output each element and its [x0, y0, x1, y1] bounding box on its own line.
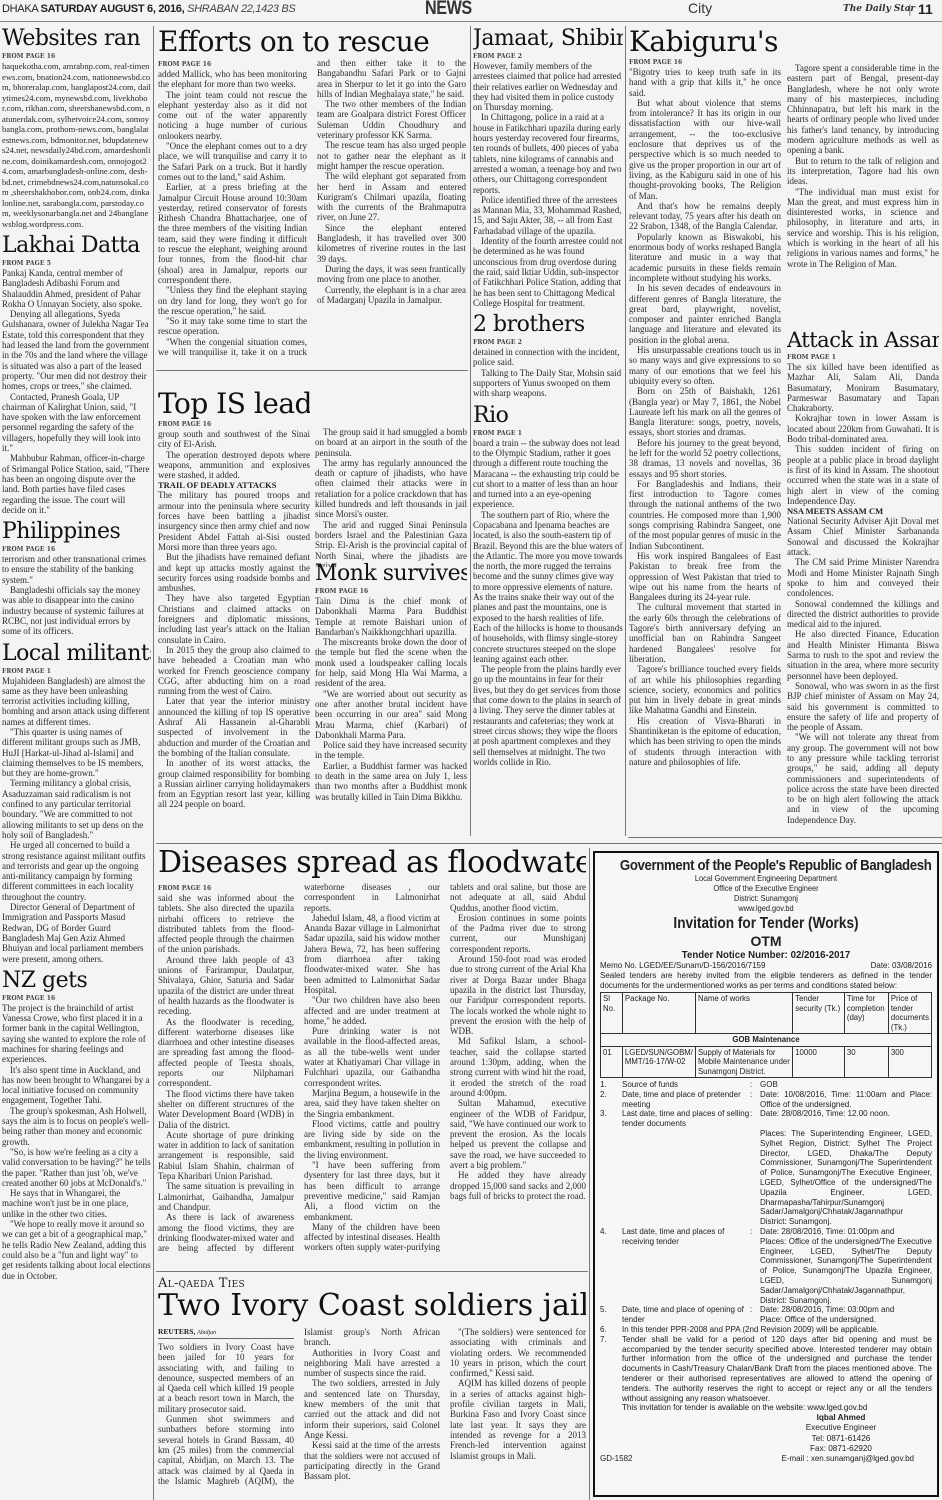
- paragraph: Pure drinking water is not available in …: [304, 1026, 440, 1088]
- item-value-places: Places: The Superintending Engineer, LGE…: [760, 1129, 932, 1226]
- item-number: 6.: [600, 1325, 622, 1335]
- paragraph: In 2015 they the group also claimed to h…: [158, 645, 310, 696]
- signatory-fax: Fax: 0871-62920: [750, 1444, 932, 1454]
- byline-place: Abidjan: [197, 1330, 216, 1336]
- paragraph: "So, is how we're feeling as a city a va…: [2, 1147, 151, 1188]
- jump-line: FROM PAGE 1: [473, 430, 623, 437]
- newspaper-logo: The Daily Star: [843, 4, 915, 14]
- signature-block: Iqbal Ahmed Executive Engineer Tel: 0871…: [750, 1413, 932, 1454]
- article-local-militants: Local militants FROM PAGE 1 Mujahideen B…: [2, 643, 151, 964]
- column-divider: [153, 26, 154, 1500]
- paragraph: Before his journey to the great beyond, …: [629, 438, 781, 479]
- dateline-city: DHAKA: [2, 3, 38, 15]
- ad-date: Date: 03/08/2016: [871, 961, 932, 971]
- jump-line: FROM PAGE 16: [158, 885, 294, 892]
- article-top-is-leader-continued: The group said it had smuggled a bomb on…: [315, 427, 467, 567]
- story-divider: [156, 843, 942, 844]
- ad-code: GD-1582: [600, 1454, 632, 1463]
- dateline-date: SATURDAY AUGUST 6, 2016,: [41, 3, 185, 15]
- paragraph: They have also targeted Egyptian Christi…: [158, 593, 310, 644]
- paragraph: National Security Adviser Ajit Doval met…: [787, 516, 939, 557]
- paragraph: Around three lakh people of 43 unions of…: [158, 955, 294, 1017]
- headline: Two Ivory Coast soldiers jailed: [158, 1291, 586, 1321]
- article-2-brothers: 2 brothers FROM PAGE 2 detained in conne…: [473, 314, 623, 398]
- cell-sl: 01: [601, 1046, 623, 1078]
- paragraph: The project is the brainchild of artist …: [2, 1003, 151, 1065]
- headline: Attack in Assam: [787, 330, 939, 351]
- jump-line: FROM PAGE 16: [158, 421, 310, 428]
- table-row: 01 LGED/SUN/GOBM/ MMT/16-17/W-02 Supply …: [601, 1046, 932, 1078]
- ad-title: Invitation for Tender (Works): [620, 915, 912, 933]
- page-number: 11: [918, 1, 933, 17]
- item-value: Date: 28/08/2016, Time: 01:00pm andPlace…: [760, 1227, 932, 1305]
- group-label: GOB Maintenance: [601, 1034, 932, 1047]
- paragraph: Acute shortage of pure drinking water in…: [158, 1130, 294, 1181]
- item-number: 5.: [600, 1305, 622, 1325]
- condition-item: 2. Date, time and place of pretender mee…: [600, 1090, 932, 1110]
- paragraph: The wild elephant got separated from her…: [317, 171, 466, 222]
- paragraph: However, family members of the arrestees…: [473, 61, 623, 112]
- paragraph: Kokrajhar town in lower Assam is located…: [787, 413, 939, 444]
- paragraph: Popularly known as Biswakobi, his enormo…: [629, 232, 781, 283]
- item-text: In this tender PPR-2008 and PPA (2nd Rev…: [622, 1325, 932, 1335]
- article-body: FROM PAGE 16 added Mallick, who has been…: [158, 58, 466, 363]
- paragraph: "I have been suffering from dysentery fo…: [304, 1160, 440, 1222]
- jump-line: FROM PAGE 16: [315, 588, 467, 595]
- paragraph: Police identified three of the arrestees…: [473, 195, 623, 236]
- paragraph: "Our two children have also been affecte…: [304, 995, 440, 1026]
- paragraph: Director General of Department of Immigr…: [2, 902, 151, 964]
- jump-line: FROM PAGE 16: [2, 995, 151, 1002]
- article-body: FROM PAGE 16 said she was informed about…: [158, 882, 586, 1260]
- jump-line: FROM PAGE 1: [2, 668, 151, 675]
- paragraph: "So it may take some time to start the r…: [158, 316, 307, 337]
- paragraph: Mujahideen Bangladesh) are almost the sa…: [2, 676, 151, 727]
- ad-district: District: Sunamgonj: [617, 894, 916, 904]
- paragraph: The group said it had smuggled a bomb on…: [315, 427, 467, 458]
- paragraph: "Once the elephant comes out to a dry pl…: [158, 141, 307, 182]
- middle-right-column: Jamaat, Shibir FROM PAGE 2 However, fami…: [473, 28, 623, 836]
- paragraph: Tagore spent a considerable time in the …: [787, 63, 939, 156]
- paragraph: The operation destroyed depots where wea…: [158, 450, 310, 481]
- ad-memo: Memo No. LGED/EE/Sunam/D-156/2016/7159: [600, 961, 765, 971]
- paragraph: group south and southwest of the Sinai c…: [158, 429, 310, 450]
- condition-item: 7. Tender shall be valid for a period of…: [600, 1335, 932, 1404]
- column-header: Tender security (Tk.): [793, 993, 845, 1034]
- paragraph: haquekotha.com, amrabnp.com, real-timene…: [2, 61, 151, 229]
- column-header: Time for completion (day): [844, 993, 888, 1034]
- column-divider: [470, 26, 471, 836]
- paragraph: During the days, it was seen frantically…: [317, 264, 466, 285]
- condition-item: 5. Date, time and place of opening of te…: [600, 1305, 932, 1325]
- ad-intro: Sealed tenders are hereby invited from t…: [600, 971, 932, 991]
- condition-item: 3. Last date, time and places of selling…: [600, 1109, 932, 1227]
- article-ivory-coast-soldiers: Al-qaeda Ties Two Ivory Coast soldiers j…: [158, 1276, 586, 1500]
- jump-line: FROM PAGE 16: [2, 546, 151, 553]
- article-lakhai-datta: Lakhai Datta FROM PAGE 5 Pankaj Kanda, c…: [2, 235, 151, 515]
- paragraph: He also directed Finance, Education and …: [787, 629, 939, 680]
- item-label: Last date, time and places of selling te…: [622, 1109, 750, 1227]
- tender-table: Sl No. Package No. Name of works Tender …: [600, 992, 932, 1078]
- cell-package: LGED/SUN/GOBM/ MMT/16-17/W-02: [622, 1046, 695, 1078]
- paragraph: The CM said Prime Minister Narendra Modi…: [787, 557, 939, 598]
- paragraph: The flood victims there have taken shelt…: [158, 1089, 294, 1130]
- paragraph: In his seven decades of endeavours in di…: [629, 283, 781, 345]
- cell-completion: 30: [844, 1046, 888, 1078]
- item-number: 1.: [600, 1080, 622, 1090]
- item-value: Date: 28/08/2016, Time: 03:00pm andPlace…: [760, 1305, 932, 1325]
- headline: Top IS leader: [158, 390, 310, 418]
- headline: Websites ran: [2, 28, 151, 50]
- paragraph: Born on 25th of Baishakh, 1261 (Bangla y…: [629, 386, 781, 437]
- item-value: Date: 28/08/2016, Time: 12.00 noon.Place…: [760, 1109, 932, 1227]
- paragraph: Sonowal, who was sworn in as the first B…: [787, 681, 939, 732]
- paragraph: Md Safikul Islam, a school-teacher, said…: [450, 1036, 586, 1098]
- paragraph: The joint team could not rescue the elep…: [158, 90, 307, 141]
- paragraph: Currently, the elephant is in a char are…: [317, 285, 466, 306]
- paragraph: "This quarter is using names of differen…: [2, 727, 151, 778]
- paragraph: But the jihadists have remained defiant …: [158, 552, 310, 593]
- paragraph: His unsurpassable creations touch us in …: [629, 345, 781, 386]
- item-number: 3.: [600, 1109, 622, 1227]
- separator: |: [908, 3, 912, 16]
- jump-line: FROM PAGE 2: [473, 53, 623, 60]
- paragraph: detained in connection with the incident…: [473, 347, 623, 368]
- ad-government-title: Government of the People's Republic of B…: [620, 857, 912, 874]
- paragraph: Earlier, a Buddhist farmer was hacked to…: [315, 761, 467, 802]
- paragraph: He added they have already dropped 15,00…: [450, 1170, 586, 1201]
- item-label: Source of funds: [622, 1080, 750, 1090]
- paragraph: Earlier, at a press briefing at the Jama…: [158, 182, 307, 285]
- paragraph: The two soldiers, arrested in July and s…: [304, 1378, 440, 1440]
- table-header-row: Sl No. Package No. Name of works Tender …: [601, 993, 932, 1034]
- ad-memo-line: Memo No. LGED/EE/Sunam/D-156/2016/7159 D…: [600, 961, 932, 971]
- paragraph: Bangladeshi officials say the money was …: [2, 585, 151, 636]
- paragraph: It's also spent time in Auckland, and ha…: [2, 1065, 151, 1106]
- paragraph: The people from the plains hardly ever g…: [473, 664, 623, 767]
- ad-office: Office of the Executive Engineer: [617, 884, 916, 894]
- dateline-bangla-date: SHRABAN 22,1423 BS: [187, 3, 295, 15]
- paragraph: His creation of Visva-Bharati in Shantin…: [629, 716, 781, 767]
- article-attack-in-assam: Attack in Assam FROM PAGE 1 The six kill…: [787, 330, 939, 835]
- paragraph: The miscreants broke down the door of th…: [315, 637, 467, 688]
- article-kabiguru: Kabiguru's 75th FROM PAGE 16 "Bigotry tr…: [629, 28, 781, 836]
- article-efforts-to-rescue: Efforts on to rescue FROM PAGE 16 added …: [158, 28, 466, 368]
- paragraph: Around 150-foot road was eroded due to s…: [450, 954, 586, 1036]
- paragraph: "We will not tolerate any threat from an…: [787, 732, 939, 825]
- paragraph: Jahedul Islam, 48, a flood victim at Ana…: [304, 913, 440, 995]
- ad-notice-number: Tender Notice Number: 02/2016-2017: [613, 949, 918, 961]
- column-divider: [625, 26, 626, 836]
- signatory-name: Iqbal Ahmed: [750, 1413, 932, 1423]
- tender-advertisement: Government of the People's Republic of B…: [593, 851, 939, 1497]
- article-body: REUTERS, Abidjan Two soldiers in Ivory C…: [158, 1327, 586, 1497]
- item-value-places: Places: Office of the undersigned/The Ex…: [760, 1237, 932, 1305]
- article-kabiguru-continued: Tagore spent a considerable time in the …: [787, 63, 939, 323]
- subsection-title: City: [688, 0, 712, 16]
- paragraph: The group's spokesman, Ash Holwell, says…: [2, 1106, 151, 1147]
- paragraph: Denying all allegations, Syeda Gulshanar…: [2, 309, 151, 391]
- column-divider: [589, 848, 590, 1500]
- paragraph: Erosion continues in some points of the …: [450, 913, 586, 954]
- story-divider: [156, 370, 468, 371]
- paragraph: Sonowal condemned the killings and direc…: [787, 599, 939, 630]
- item-value-date: Date: 28/08/2016, Time: 03:00pm and: [760, 1305, 894, 1314]
- column-header: Price of tender documents (Tk.): [888, 993, 931, 1034]
- item-value: Date: 10/08/2016, Time: 11:00am and Plac…: [760, 1090, 932, 1110]
- headline: Kabiguru's 75th: [629, 28, 781, 56]
- cell-security: 10000: [793, 1046, 845, 1078]
- item-value: GOB: [760, 1080, 932, 1090]
- paragraph: The same situation is prevailing in Lalm…: [158, 1181, 294, 1212]
- article-rio: Rio FROM PAGE 1 board a train -- the sub…: [473, 405, 623, 768]
- paragraph: "Bigotry tries to keep truth safe in its…: [629, 67, 781, 98]
- headline: Lakhai Datta: [2, 235, 151, 257]
- article-jamaat-shibir: Jamaat, Shibir FROM PAGE 2 However, fami…: [473, 28, 623, 308]
- paragraph: Kessi said at the time of the arrests th…: [304, 1440, 440, 1481]
- paragraph: But what about violence that stems from …: [629, 98, 781, 201]
- left-column: Websites ran FROM PAGE 16 haquekotha.com…: [2, 28, 151, 1500]
- signatory-tel: Tel: 0871-61426: [750, 1434, 932, 1444]
- article-philippines: Philippines FROM PAGE 16 terrorism and o…: [2, 521, 151, 636]
- subheading: TRAIL OF DEADLY ATTACKS: [158, 480, 310, 490]
- item-value-date: Date: 28/08/2016, Time: 12.00 noon.: [760, 1109, 890, 1118]
- paragraph: As the floodwater is receding, different…: [158, 1017, 294, 1089]
- paragraph: The two other members of the Indian team…: [317, 99, 466, 140]
- article-websites: Websites ran FROM PAGE 16 haquekotha.com…: [2, 28, 151, 229]
- headline: NZ gets: [2, 970, 151, 992]
- column-header: Name of works: [695, 993, 792, 1034]
- ad-website-link[interactable]: www.lged.gov.bd: [617, 904, 916, 914]
- item-text: Tender shall be valid for a period of 12…: [622, 1335, 932, 1404]
- paragraph: This sudden incident of firing on people…: [787, 444, 939, 506]
- headline: Diseases spread as floodwater: [158, 848, 586, 878]
- paragraph: He urged all concerned to build a strong…: [2, 840, 151, 902]
- tender-conditions: 1. Source of funds : GOB 2. Date, time a…: [600, 1080, 932, 1413]
- paragraph: He says that in Whangarei, the machine w…: [2, 1188, 151, 1219]
- headline: Philippines: [2, 521, 151, 543]
- headline: 2 brothers: [473, 314, 623, 336]
- item-value-date: Date: 28/08/2016, Time: 01:00pm and: [760, 1227, 894, 1236]
- page-masthead: DHAKA SATURDAY AUGUST 6, 2016, SHRABAN 2…: [0, 0, 942, 22]
- signatory-email[interactable]: E-mail : xen.sunamganj@lged.gov.bd: [782, 1454, 915, 1463]
- paragraph: In Chittagong, police in a raid at a hou…: [473, 112, 623, 194]
- paragraph: The cultural movement that started in th…: [629, 602, 781, 664]
- paragraph: The army has regularly announced the dea…: [315, 458, 467, 520]
- jump-line: FROM PAGE 16: [2, 53, 151, 60]
- item-label: Date, time and place of opening of tende…: [622, 1305, 750, 1325]
- paragraph: In another of its worst attacks, the gro…: [158, 758, 310, 809]
- jump-line: FROM PAGE 5: [2, 260, 151, 267]
- paragraph: Pankaj Kanda, central member of Banglade…: [2, 268, 151, 309]
- ad-website-note: This invitation for tender is available …: [622, 1403, 932, 1413]
- condition-item: 1. Source of funds : GOB: [600, 1080, 932, 1090]
- article-monk-survives: Monk survives FROM PAGE 16 Tain Dima is …: [315, 563, 467, 841]
- paragraph: The arid and rugged Sinai Peninsula bord…: [315, 520, 467, 567]
- column-header: Sl No.: [601, 993, 623, 1034]
- item-number: 7.: [600, 1335, 622, 1404]
- paragraph: His work inspired Bangalees of East Paki…: [629, 551, 781, 602]
- headline: Jamaat, Shibir: [473, 28, 623, 50]
- section-title: NEWS: [425, 0, 472, 20]
- story-divider: [156, 1271, 588, 1272]
- headline: Efforts on to rescue: [158, 28, 466, 56]
- paragraph: The rescue team has also urged people no…: [317, 140, 466, 171]
- paragraph: Marjina Begum, a housewife in the area, …: [304, 1088, 440, 1119]
- paragraph: The military has poured troops and armou…: [158, 490, 310, 552]
- headline: Rio: [473, 405, 623, 427]
- table-group-row: GOB Maintenance: [601, 1034, 932, 1047]
- paragraph: Contacted, Pranesh Goala, UP chairman of…: [2, 392, 151, 454]
- paragraph: The six killed have been identified as M…: [787, 362, 939, 413]
- signatory-title: Executive Engineer: [750, 1423, 932, 1433]
- paragraph: added Mallick, who has been monitoring t…: [158, 69, 307, 90]
- paragraph: board a train -- the subway does not lea…: [473, 438, 623, 510]
- paragraph: Authorities in Ivory Coast and neighbori…: [304, 1348, 440, 1379]
- paragraph: Mahbubur Rahman, officer-in-charge of Sr…: [2, 453, 151, 515]
- website-note-row: This invitation for tender is available …: [600, 1403, 932, 1413]
- article-diseases-spread: Diseases spread as floodwater FROM PAGE …: [158, 848, 586, 1268]
- article-top-is-leader: Top IS leader FROM PAGE 16 group south a…: [158, 390, 310, 840]
- paragraph: The southern part of Rio, where the Copa…: [473, 510, 623, 664]
- item-value-place: Place: Office of the undersigned.: [760, 1315, 876, 1324]
- paragraph: "The individual man must exist for Man t…: [787, 187, 939, 269]
- paragraph: Since the elephant entered Bangladesh, i…: [317, 223, 466, 264]
- paragraph: Talking to The Daily Star, Mohsin said s…: [473, 368, 623, 399]
- paragraph: "We hope to really move it around so we …: [2, 1219, 151, 1281]
- paragraph: Police said they have increased security…: [315, 740, 467, 761]
- ad-method: OTM: [600, 933, 932, 949]
- headline: Local militants: [2, 643, 151, 665]
- paragraph: "(The soldiers) were sentenced for assoc…: [450, 1327, 586, 1378]
- headline: Monk survives: [315, 563, 467, 585]
- item-label: Last date, time and places of receiving …: [622, 1227, 750, 1305]
- item-number: 4.: [600, 1227, 622, 1305]
- paragraph: For Bangladeshis and Indians, their firs…: [629, 479, 781, 551]
- byline-agency: REUTERS,: [158, 1327, 195, 1336]
- item-label: Date, time and place of pretender meetin…: [622, 1090, 750, 1110]
- jump-line: FROM PAGE 1: [787, 354, 939, 361]
- condition-item: 6. In this tender PPR-2008 and PPA (2nd …: [600, 1325, 932, 1335]
- byline: REUTERS, Abidjan: [158, 1327, 294, 1339]
- cell-price: 300: [888, 1046, 931, 1078]
- condition-item: 4. Last date, time and places of receivi…: [600, 1227, 932, 1305]
- paragraph: Sultan Mahamud, executive engineer of th…: [450, 1098, 586, 1170]
- subheading: NSA MEETS ASSAM CM: [787, 506, 939, 516]
- story-divider: [628, 837, 942, 838]
- paragraph: Later that year the interior ministry an…: [158, 696, 310, 758]
- jump-line: FROM PAGE 2: [473, 339, 623, 346]
- paragraph: Tain Dima is the chief monk of Dabonkhal…: [315, 596, 467, 637]
- ad-department: Local Government Engineering Department: [617, 874, 916, 884]
- paragraph: Tagore's brilliance touched every fields…: [629, 664, 781, 715]
- item-number: 2.: [600, 1090, 622, 1110]
- paragraph: "We are worried about out security as on…: [315, 689, 467, 740]
- paragraph: terrorism and other transnational crimes…: [2, 554, 151, 585]
- paragraph: Terming militancy a global crisis, Asadu…: [2, 778, 151, 840]
- paragraph: And that's how he remains deeply relevan…: [629, 201, 781, 232]
- article-nz-gets: NZ gets FROM PAGE 16 The project is the …: [2, 970, 151, 1281]
- column-header: Package No.: [622, 993, 695, 1034]
- jump-line: FROM PAGE 16: [158, 61, 307, 68]
- ad-footer: GD-1582 E-mail : xen.sunamganj@lged.gov.…: [600, 1454, 932, 1463]
- paragraph: Identity of the fourth arrestee could no…: [473, 236, 623, 308]
- paragraph: "Unless they find the elephant staying o…: [158, 285, 307, 316]
- paragraph: said she was informed about the tablets.…: [158, 893, 294, 955]
- paragraph: AQIM has killed dozens of people in a se…: [450, 1378, 586, 1460]
- paragraph: Flood victims, cattle and poultry are li…: [304, 1119, 440, 1160]
- paragraph: Two soldiers in Ivory Coast have been ja…: [158, 1342, 294, 1414]
- cell-works: Supply of Materials for Mobile Maintenan…: [695, 1046, 792, 1078]
- dateline: DHAKA SATURDAY AUGUST 6, 2016, SHRABAN 2…: [2, 3, 295, 15]
- jump-line: FROM PAGE 16: [629, 59, 781, 66]
- paragraph: But to return to the talk of religion an…: [787, 156, 939, 187]
